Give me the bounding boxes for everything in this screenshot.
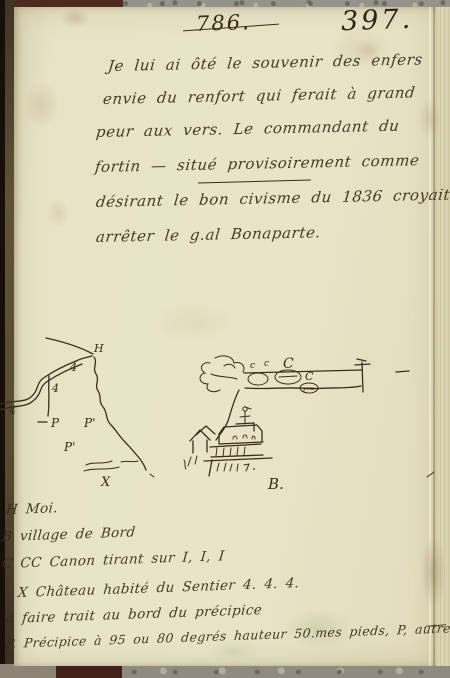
rock-scribble	[200, 356, 244, 392]
field-sketch: H 4 4 4 P P' P' X c c C C c	[0, 330, 450, 505]
chateau-scribble	[84, 461, 138, 471]
path-branch-line	[48, 376, 49, 416]
cover-corner-bottom-left	[56, 666, 124, 678]
label-P-prime: P'	[63, 440, 75, 454]
label-P-prime: P'	[83, 416, 95, 430]
manuscript-scan: 786. 397. Je lui ai ôté le souvenir des …	[0, 0, 450, 678]
edge-tick	[427, 472, 434, 477]
label-c: c	[250, 361, 255, 371]
building-columns	[216, 447, 245, 456]
left-ticks	[184, 456, 197, 469]
label-C: C	[283, 356, 294, 372]
marbled-page-edges-bottom	[122, 666, 450, 678]
main-building	[219, 425, 263, 444]
cannon-ring	[248, 373, 268, 385]
label-H: H	[93, 342, 104, 355]
ground-hatching	[217, 463, 249, 471]
struck-old-page-number: 786.	[196, 10, 252, 36]
label-C: C	[305, 370, 314, 383]
road-upper-line	[0, 356, 92, 404]
label-4: 4	[8, 404, 16, 417]
long-building	[210, 444, 263, 457]
label-c: c	[303, 386, 308, 396]
label-B: B.	[267, 475, 284, 493]
label-c: c	[264, 359, 269, 369]
far-dash	[396, 371, 409, 372]
label-X: X	[100, 475, 111, 490]
cliff-end-tick	[150, 474, 154, 477]
ground-dot	[253, 468, 255, 470]
coast-top-line	[46, 338, 93, 354]
wall-top-line	[244, 370, 362, 373]
bottom-edge-tan	[0, 664, 58, 678]
building-windows	[233, 435, 255, 439]
figure-body	[240, 407, 251, 424]
legend-line: H Moi.	[5, 500, 58, 518]
cliff-edge-line	[94, 357, 146, 470]
label-4: 4	[69, 361, 77, 374]
house-roofs	[190, 426, 215, 453]
pole-line	[209, 460, 212, 476]
page-number: 397.	[340, 4, 413, 37]
label-4: 4	[51, 382, 59, 395]
label-P: P	[50, 416, 60, 430]
ground-line	[204, 458, 272, 461]
